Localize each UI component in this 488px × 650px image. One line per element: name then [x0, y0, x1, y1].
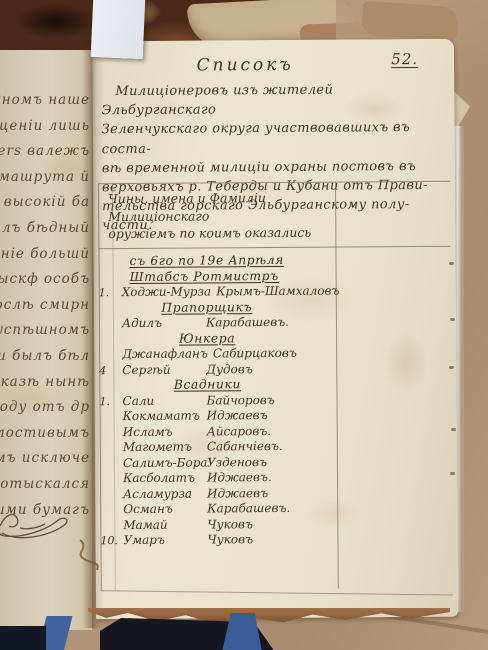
- entry-first-name: Касболатъ: [123, 470, 207, 485]
- list-entry: МамайЧуковъ: [123, 516, 335, 533]
- column-header-line: Чины, имена и Фамиліи Милиціонскаго: [108, 189, 343, 226]
- entry-first-name: Магометъ: [123, 439, 207, 454]
- list-entry: 10.УмаръЧуковъ: [123, 532, 335, 549]
- list-entry: ДжанафланъСабирцаковъ: [122, 346, 334, 363]
- list-entry: Салимъ-БораУзденовъ: [123, 454, 335, 471]
- intro-line: вѣ временной милиціи охраны постовъ въ: [102, 157, 448, 179]
- heading-text: съ 6го по 19е Апрѣля: [129, 253, 283, 268]
- list-entry: КасболатъИджаевъ.: [123, 470, 335, 487]
- torn-page-flap: [361, 1, 459, 42]
- entry-first-name: Адилъ: [122, 315, 206, 330]
- scribble-line: въ 1848 году отъ др: [0, 399, 92, 425]
- heading-text: Юнкера: [179, 331, 235, 345]
- entry-surname: Крымъ-Шамхаловъ: [216, 284, 339, 299]
- heading-text: Штабсъ Ротмистръ: [130, 268, 279, 283]
- left-page-bleedthrough-writing: его бѣдномъ нашевъ смущеніи лишьсъ фолot…: [0, 92, 92, 527]
- scribble-text: къ отрѣш былъ бѣл: [0, 348, 90, 364]
- list-entry: 1.Ходжи-МурзаКрымъ-Шамхаловъ: [122, 284, 334, 301]
- scribble-line: пунктѣ отыскался: [0, 476, 92, 502]
- entry-surname: Дудовъ: [206, 362, 253, 376]
- scribble-line: него машрута й: [0, 169, 92, 195]
- table-rule-header-bottom: [98, 246, 450, 249]
- section-heading: Всадники: [122, 377, 292, 394]
- bookmark-strip: [91, 0, 146, 59]
- section-heading: Прапорщикъ: [122, 299, 292, 316]
- entry-surname: Айсаровъ.: [207, 424, 272, 438]
- edge-ink-mark: [450, 318, 455, 321]
- table-rule-number-column: [112, 183, 116, 590]
- entry-first-name: Исламъ: [123, 424, 207, 439]
- entry-first-name: Сали: [122, 393, 206, 408]
- section-heading: Юнкера: [122, 330, 292, 347]
- manuscript-page: 52. Списокъ Милиціонеровъ изъ жителей Эл…: [92, 39, 458, 620]
- scribble-text: пишуть высокій ба: [0, 194, 90, 210]
- list-entry: АдилъКарабашевъ.: [122, 315, 334, 332]
- edge-ink-mark: [449, 366, 454, 369]
- scribble-text: при изыскф особъ: [0, 271, 90, 287]
- entry-first-name: Кокмаматъ: [123, 408, 207, 423]
- name-list: съ 6го по 19е АпрѣляШтабсъ Ротмистръ1.Хо…: [121, 253, 335, 549]
- entry-first-name: Умаръ: [123, 532, 207, 547]
- scribble-line: него послѣ смирн: [0, 297, 92, 323]
- scribble-text: въ 1848 году отъ др: [0, 399, 90, 415]
- scribble-text: пунктѣ отыскался: [0, 476, 90, 492]
- scribble-line: пишуть высокій ба: [0, 194, 92, 220]
- scribble-line: наважденіе большй: [0, 246, 92, 272]
- entry-surname: Чуковъ: [207, 532, 253, 546]
- list-entry: АсламурзаИджаевъ: [123, 485, 335, 502]
- list-entry: КокмаматъИджаевъ: [123, 408, 335, 425]
- entry-surname: Сабирцаковъ: [213, 346, 297, 361]
- entry-first-name: Мамай: [123, 517, 207, 532]
- table-column-header: Чины, имена и Фамиліи Милиціонскаго оруж…: [108, 189, 343, 243]
- column-header-line: оружіемъ по коимъ оказались: [108, 224, 343, 243]
- scribble-line: съ милостивымъ: [0, 425, 92, 451]
- entry-surname: Узденовъ: [207, 455, 267, 469]
- list-entry: 4СергѣйДудовъ: [122, 361, 334, 378]
- scribble-line: при немъ исключе: [0, 450, 92, 476]
- scribble-line: къ отрѣш былъ бѣл: [0, 348, 92, 374]
- heading-text: Всадники: [174, 377, 241, 391]
- heading-text: Прапорщикъ: [161, 300, 252, 315]
- entry-first-name: Салимъ-Бора: [123, 455, 207, 470]
- scribble-line: въ смущеніи лишь: [0, 118, 92, 144]
- entry-surname: Карабашевъ.: [207, 501, 290, 516]
- entry-first-name: Сергѣй: [122, 362, 206, 377]
- edge-ink-mark: [449, 262, 454, 265]
- entry-surname: Карабашевъ.: [206, 315, 289, 330]
- scribble-text: мисалъ бѣдный: [0, 220, 90, 236]
- scribble-text: него машрута й: [0, 169, 90, 185]
- intro-line: Зеленчукскаго округа участвовавшихъ въ с…: [102, 118, 448, 159]
- entry-surname: Сабанчіевъ.: [207, 439, 283, 454]
- scribble-line: съ фолothers валежъ: [0, 143, 92, 169]
- entry-first-name: Джанафланъ: [122, 346, 208, 361]
- scribble-line: вомъ успѣшномъ: [0, 322, 92, 348]
- scribble-text: него послѣ смирн: [0, 297, 90, 313]
- scribble-text: вомъ успѣшномъ: [0, 322, 90, 338]
- section-heading: Штабсъ Ротмистръ: [130, 268, 334, 285]
- list-entry: МагометъСабанчіевъ.: [123, 439, 335, 456]
- entry-surname: Иджаевъ: [207, 408, 268, 422]
- list-entry: ОсманъКарабашевъ.: [123, 501, 335, 518]
- scribble-text: съ фолothers валежъ: [0, 143, 90, 159]
- scribble-text: съ милостивымъ: [0, 425, 90, 441]
- table-rule-bottom: [101, 590, 453, 595]
- intro-line: Милиціонеровъ изъ жителей Эльбурганскаго: [101, 80, 447, 121]
- table-rule-column-divider: [335, 182, 339, 589]
- scribble-text: мну Кавказѣ нынѣ: [0, 374, 90, 390]
- scribble-line: мну Кавказѣ нынѣ: [0, 374, 92, 400]
- scribble-line: мисалъ бѣдный: [0, 220, 92, 246]
- edge-ink-mark: [451, 428, 456, 431]
- entry-surname: Иджаевъ: [207, 486, 268, 500]
- scribble-line: его бѣдномъ наше: [0, 92, 92, 118]
- scribble-text: наважденіе большй: [0, 246, 90, 262]
- page-title: Списокъ: [92, 54, 454, 77]
- scribble-text: его бѣдномъ наше: [0, 92, 90, 108]
- entry-first-name: Ходжи-Мурза: [122, 284, 212, 299]
- scribble-text: въ смущеніи лишь: [0, 118, 90, 134]
- list-entry: 1.СалиБайчоровъ: [122, 392, 334, 409]
- section-heading: съ 6го по 19е Апрѣля: [129, 253, 333, 270]
- entry-surname: Иджаевъ.: [207, 470, 272, 484]
- dark-clothing-corner: [0, 626, 46, 650]
- list-entry: ИсламъАйсаровъ.: [123, 423, 335, 440]
- entry-surname: Байчоровъ: [206, 393, 274, 407]
- entry-first-name: Асламурза: [123, 486, 207, 501]
- edge-ink-mark: [450, 472, 455, 475]
- binding-thread: [74, 538, 104, 578]
- entry-surname: Чуковъ: [207, 517, 253, 531]
- scribble-line: при изыскф особъ: [0, 271, 92, 297]
- entry-first-name: Османъ: [123, 501, 207, 516]
- scribble-text: при немъ исключе: [0, 450, 90, 466]
